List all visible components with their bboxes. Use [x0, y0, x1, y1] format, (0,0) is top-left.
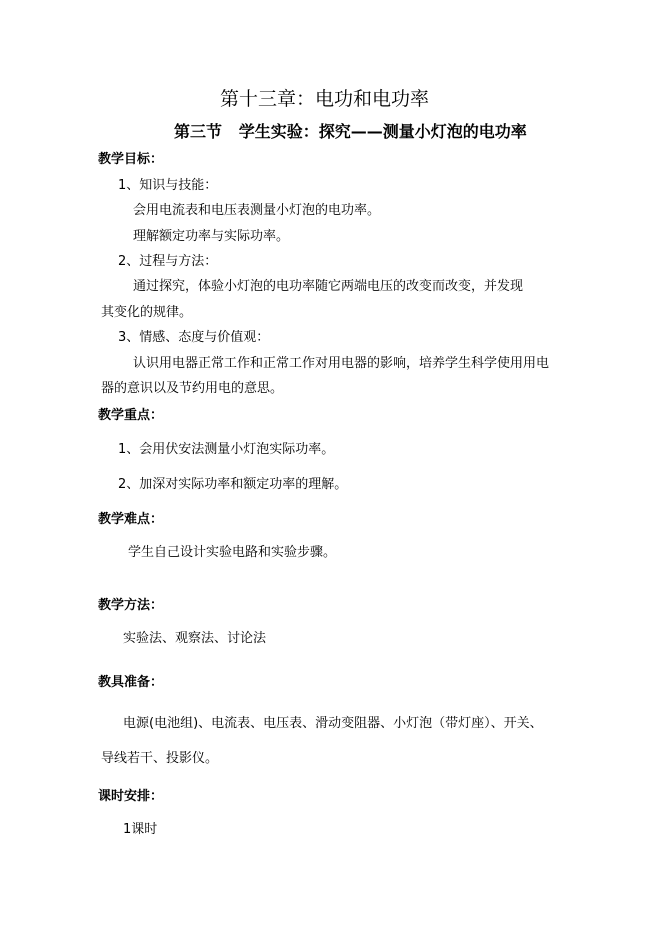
- chapter-title: 第十三章：电功和电功率: [220, 88, 429, 110]
- difficulties-heading: 教学难点：: [98, 512, 163, 528]
- key-point-item: 1、会用伏安法测量小灯泡实际功率。: [118, 442, 334, 458]
- difficulties-text: 学生自己设计实验电路和实验步骤。: [128, 545, 336, 561]
- objective-text: 会用电流表和电压表测量小灯泡的电功率。: [133, 203, 380, 219]
- objective-text: 认识用电器正常工作和正常工作对用电器的影响，培养学生科学使用用电: [133, 356, 549, 372]
- key-points-heading: 教学重点：: [98, 408, 163, 424]
- equipment-text: 电源(电池组)、电流表、电压表、滑动变阻器、小灯泡（带灯座）、开关、: [123, 716, 543, 732]
- schedule-heading: 课时安排：: [98, 789, 163, 805]
- objective-label-3: 3、情感、态度与价值观：: [118, 330, 269, 346]
- objective-text: 通过探究，体验小灯泡的电功率随它两端电压的改变而改变，并发现: [133, 279, 523, 295]
- section-title: 第三节 学生实验：探究——测量小灯泡的电功率: [174, 122, 527, 142]
- objective-text: 其变化的规律。: [101, 305, 192, 321]
- key-point-item: 2、加深对实际功率和额定功率的理解。: [118, 477, 347, 493]
- objective-label-2: 2、过程与方法：: [118, 254, 217, 270]
- equipment-heading: 教具准备：: [98, 675, 163, 691]
- objective-text: 理解额定功率与实际功率。: [133, 229, 289, 245]
- objective-label-1: 1、知识与技能：: [118, 178, 217, 194]
- equipment-text: 导线若干、投影仪。: [101, 751, 218, 767]
- methods-heading: 教学方法：: [98, 598, 163, 614]
- objectives-heading: 教学目标：: [98, 152, 163, 168]
- methods-text: 实验法、观察法、讨论法: [123, 631, 266, 647]
- objective-text: 器的意识以及节约用电的意思。: [101, 381, 283, 397]
- schedule-text: 1课时: [123, 822, 157, 838]
